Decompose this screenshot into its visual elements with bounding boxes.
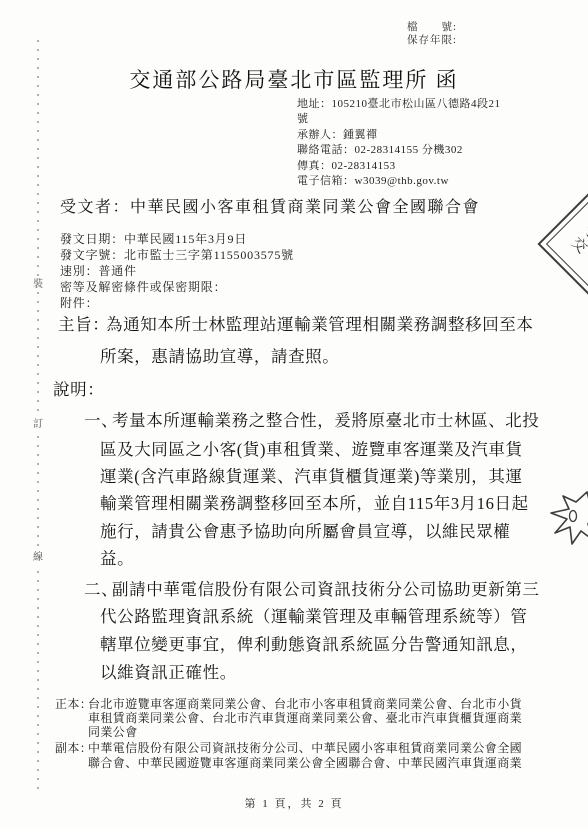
binding-mark-ding: 訂 (32, 418, 44, 432)
original-copy-line2: 車租賃商業同業公會、台北市汽車貨運商業同業公會、臺北市汽車貨櫃貨運商業 (88, 712, 522, 726)
sender-address-line2: 號 (297, 113, 309, 126)
seal-inner-detail (570, 511, 577, 522)
sender-address-line1: 地址：105210臺北市松山區八德路4段21 (297, 98, 501, 111)
original-copy-label: 正本： (55, 698, 92, 712)
electronic-exchange-stamp: 電子交換 (537, 187, 588, 300)
electronic-exchange-stamp-text: 電子交換 (556, 206, 588, 282)
sender-contact-person: 承辦人：鍾翼禪 (297, 129, 378, 142)
attachment-line: 附件： (60, 297, 98, 311)
description-item1-line4: 輸業管理相關業務調整移回至本所，並自115年3月16日起 (100, 495, 529, 514)
description-item2-line1: 副請中華電信股份有限公司資訊技術分公司協助更新第三 (112, 581, 540, 600)
description-item1-line3: 運業(含汽車路線貨運業、汽車貨櫃貨運業)等業別，其運 (100, 468, 523, 487)
description-item2-line4: 以維資訊正確性。 (100, 664, 237, 683)
reference-number-line: 發文字號：北市監士三字第1155003575號 (60, 249, 294, 263)
description-heading: 說明： (53, 381, 104, 400)
carbon-copy-line1: 中華電信股份有限公司資訊技術分公司、中華民國小客車租賃商業同業公會全國 (88, 742, 522, 756)
sender-phone: 聯絡電話：02-28314155 分機302 (297, 144, 463, 157)
page-number-footer: 第 1 頁，共 2 頁 (0, 795, 588, 811)
carbon-copy-label: 副本： (55, 742, 92, 756)
description-item2-line3: 轄單位變更事宜，俾利動態資訊系統區分告警通知訊息， (100, 636, 528, 655)
subject-label: 主旨： (58, 316, 109, 335)
description-item2-line2: 代公路監理資訊系統（運輸業管理及車輛管理系統等）管 (100, 608, 528, 627)
sender-fax: 傳真：02-28314153 (297, 160, 396, 173)
subject-line2: 所案，惠請協助宣導，請查照。 (100, 348, 339, 367)
security-classification-line: 密等及解密條件或保密期限： (60, 281, 226, 295)
binding-dotted-line (37, 40, 39, 790)
subject-line1: 為通知本所士林監理站運輸業管理相關業務調整移回至本 (106, 316, 534, 335)
sender-email: 電子信箱：w3039@thb.gov.tw (297, 175, 449, 188)
file-number-label: 檔 號: (407, 22, 457, 34)
recipient-line: 受文者：中華民國小客車租賃商業同業公會全國聯合會 (60, 199, 480, 217)
description-item1-line1: 考量本所運輸業務之整合性，爰將原臺北市士林區、北投 (112, 412, 540, 431)
description-item1-line6: 益。 (100, 550, 134, 569)
issue-date-line: 發文日期：中華民國115年3月9日 (60, 233, 247, 247)
description-item1-line2: 區及大同區之小客(貨)車租賃業、遊覽車客運業及汽車貨 (100, 441, 523, 460)
binding-mark-zhuang: 裝 (32, 278, 44, 292)
carbon-copy-line2: 聯合會、中華民國遊覽車客運商業同業公會全國聯合會、中華民國汽車貨運商業 (88, 757, 522, 771)
priority-line: 速別：普通件 (60, 265, 137, 279)
description-item1-line5: 施行，請貴公會惠予協助向所屬會員宣導，以維民眾權 (100, 523, 510, 542)
binding-mark-xian: 線 (32, 551, 44, 565)
official-document-page: 裝 訂 線 檔 號: 保存年限: 交通部公路局臺北市區監理所 函 地址：1052… (0, 0, 588, 828)
original-copy-line1: 台北市遊覽車客運商業同業公會、台北市小客車租賃商業同業公會、台北市小貨 (88, 698, 522, 712)
seal-mark-icon (543, 486, 588, 561)
original-copy-line3: 同業公會 (88, 726, 138, 740)
retention-period-label: 保存年限: (407, 35, 457, 47)
electronic-exchange-stamp-inner-border: 電子交換 (546, 196, 588, 292)
document-title: 交通部公路局臺北市區監理所 函 (0, 64, 588, 94)
